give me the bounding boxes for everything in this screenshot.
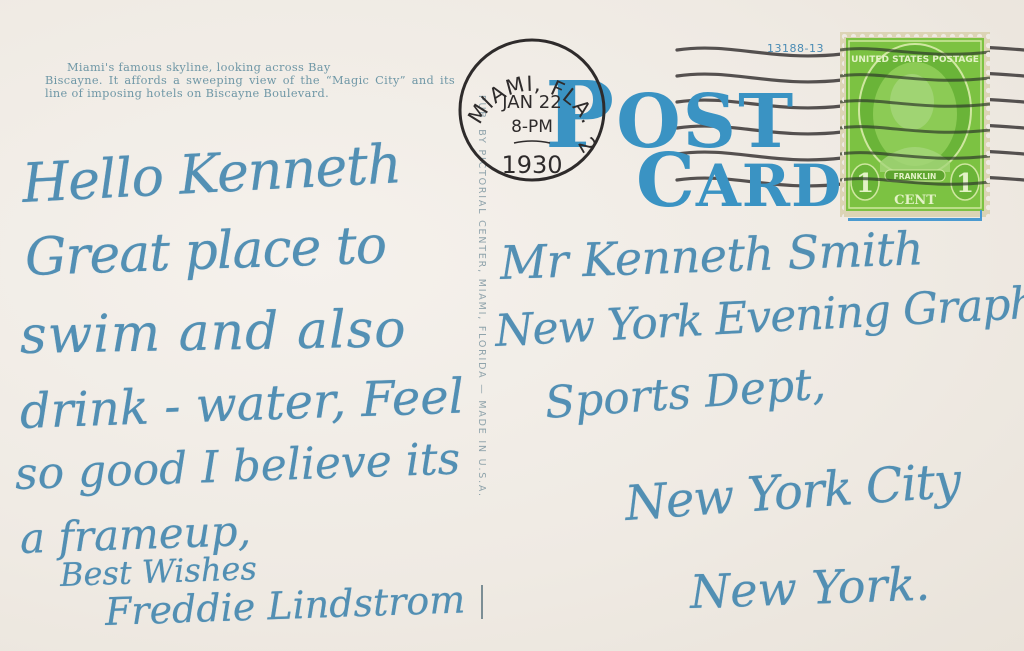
message-line: so good I believe its <box>14 433 461 500</box>
stock-number: 13188-13 <box>767 42 824 55</box>
address-line-department: Sports Dept, <box>543 358 827 428</box>
message-line: Great place to <box>24 215 387 288</box>
printed-caption: Miami's famous skyline, looking across B… <box>45 61 455 101</box>
address-line-city: New York City <box>623 453 962 532</box>
svg-text:1930: 1930 <box>501 151 562 179</box>
message-line: swim and also <box>19 299 407 366</box>
caption-line-1: Miami's famous skyline, looking across B… <box>45 61 455 74</box>
svg-text:FRANKLIN: FRANKLIN <box>894 172 937 181</box>
svg-text:JAN 22: JAN 22 <box>501 92 561 113</box>
franklin-one-cent-stamp-icon: UNITED STATES POSTAGE FRANKLIN 1 1 CENT <box>840 32 990 217</box>
message-line: Hello Kenneth <box>20 132 402 215</box>
svg-text:8-PM: 8-PM <box>511 117 553 137</box>
address-line-organization: New York Evening Graphic <box>494 276 1024 357</box>
address-line-state: New York. <box>689 557 931 619</box>
card-title-word: CARD <box>636 152 842 215</box>
address-line-recipient: Mr Kenneth Smith <box>499 221 924 290</box>
caption-rest: Biscayne. It affords a sweeping view of … <box>45 74 455 100</box>
svg-text:UNITED STATES POSTAGE: UNITED STATES POSTAGE <box>851 55 979 65</box>
postcard-back: Miami's famous skyline, looking across B… <box>0 0 1024 651</box>
svg-text:1: 1 <box>856 169 874 199</box>
divider-rule <box>481 585 483 619</box>
svg-text:CENT: CENT <box>894 193 936 208</box>
postmark-icon: MIAMI, FLA. 2 JAN 22 8-PM 1930 <box>456 36 608 184</box>
message-line: drink - water, Feel <box>19 369 465 440</box>
